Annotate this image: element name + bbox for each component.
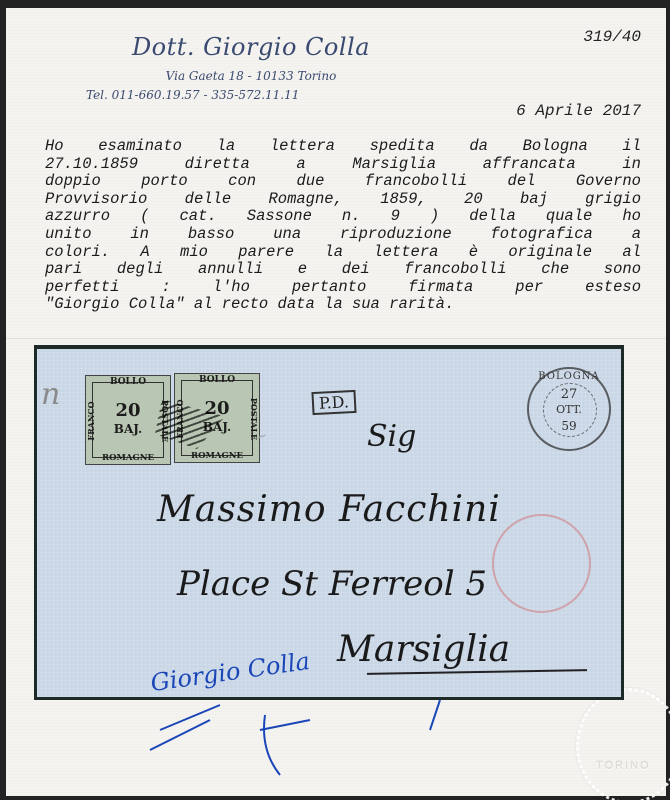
text-line: unito in basso una riproduzione fotograf… bbox=[45, 226, 641, 244]
text-line: "Giorgio Colla" al recto data la sua rar… bbox=[45, 296, 641, 314]
pd-handstamp: P.D. bbox=[311, 390, 356, 415]
postmark-day: 27 bbox=[529, 387, 609, 402]
signature-flourish bbox=[140, 690, 460, 790]
text-line: azzurro ( cat. Sassone n. 9 ) della qual… bbox=[45, 208, 641, 226]
text-line: doppio porto con due francobolli del Gov… bbox=[45, 173, 641, 191]
text-line: pari degli annulli e dei francobolli che… bbox=[45, 261, 641, 279]
pencil-mark: n bbox=[41, 377, 60, 412]
certificate-date: 6 Aprile 2017 bbox=[516, 102, 641, 120]
salutation: Sig bbox=[367, 419, 416, 454]
stamp-bottom-text: ROMAGNE bbox=[175, 451, 259, 461]
emboss-seal-text: TORINO bbox=[596, 760, 651, 772]
letterhead-name: Dott. Giorgio Colla bbox=[101, 33, 401, 61]
letterhead: Dott. Giorgio Colla Via Gaeta 18 - 10133… bbox=[101, 33, 401, 102]
text-line: Provvisorio delle Romagne, 1859, 20 baj … bbox=[45, 191, 641, 209]
letterhead-address: Via Gaeta 18 - 10133 Torino bbox=[101, 69, 401, 83]
stamp-value: 20 bbox=[86, 400, 170, 421]
letterhead-phone: Tel. 011-660.19.57 - 335-572.11.11 bbox=[86, 88, 401, 102]
reference-number: 319/40 bbox=[583, 28, 641, 46]
certificate-text: Ho esaminato la lettera spedita da Bolog… bbox=[45, 138, 641, 314]
stamp-top-text: BOLLO bbox=[86, 377, 170, 387]
text-line: colori. A mio parere la lettera è origin… bbox=[45, 244, 641, 262]
postmark-year: 59 bbox=[529, 419, 609, 433]
stamp-bottom-text: ROMAGNE bbox=[86, 453, 170, 463]
stamp-top-text: BOLLO bbox=[175, 375, 259, 385]
red-transit-postmark bbox=[492, 514, 591, 613]
recipient-street: Place St Ferreol 5 bbox=[177, 564, 487, 604]
cover-photo: n BOLLO FRANCO POSTALE 20 BAJ. ROMAGNE B… bbox=[34, 345, 624, 700]
fold-line bbox=[6, 338, 666, 339]
postmark-month: OTT. bbox=[529, 403, 609, 416]
recipient-name: Massimo Facchini bbox=[157, 489, 501, 530]
text-line: Ho esaminato la lettera spedita da Bolog… bbox=[45, 138, 641, 156]
emboss-seal bbox=[576, 688, 670, 800]
bologna-postmark: BOLOGNA 27 OTT. 59 bbox=[527, 367, 611, 451]
recipient-city: Marsiglia bbox=[337, 629, 510, 670]
text-line: 27.10.1859 diretta a Marsiglia affrancat… bbox=[45, 156, 641, 174]
text-line: perfetti : l'ho pertanto firmata per est… bbox=[45, 279, 641, 297]
postmark-city: BOLOGNA bbox=[529, 371, 609, 382]
